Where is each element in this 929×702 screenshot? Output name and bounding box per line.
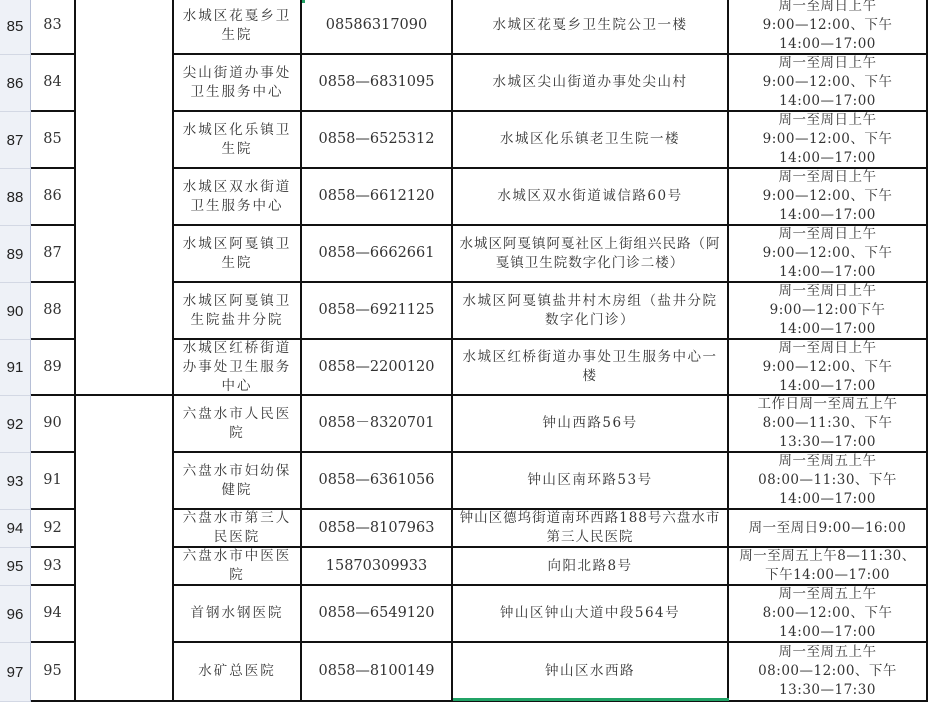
seq-cell[interactable]: 84 [31, 55, 76, 112]
hours-cell[interactable]: 周一至周日上午 9:00—12:00、下午 14:00—17:00 [729, 169, 928, 226]
hours-cell[interactable]: 工作日周一至周五上午 8:00—11:30、下午 13:30—17:00 [729, 396, 928, 453]
hours-cell[interactable]: 周一至周日上午 9:00—12:00、下午 14:00—17:00 [729, 226, 928, 283]
address-cell[interactable]: 水城区化乐镇老卫生院一楼 [453, 112, 729, 169]
phone-cell[interactable]: 0858—6612120 [302, 169, 453, 226]
seq-cell[interactable]: 93 [31, 548, 76, 586]
phone-cell[interactable]: 0858—8100149 [302, 643, 453, 702]
row-header[interactable]: 97 [0, 643, 31, 702]
address-cell[interactable]: 钟山区南环路53号 [453, 453, 729, 510]
row-header[interactable]: 87 [0, 112, 31, 169]
phone-cell[interactable]: 0858—2200120 [302, 340, 453, 396]
phone-cell[interactable]: 0858—6662661 [302, 226, 453, 283]
seq-cell[interactable]: 94 [31, 586, 76, 643]
row-header[interactable]: 90 [0, 283, 31, 340]
institution-name-cell[interactable]: 六盘水市中医医院 [174, 548, 302, 586]
seq-cell[interactable]: 95 [31, 643, 76, 702]
row-header[interactable]: 86 [0, 55, 31, 112]
row-header[interactable]: 88 [0, 169, 31, 226]
phone-cell[interactable]: 0858—8107963 [302, 510, 453, 548]
institution-name-cell[interactable]: 水矿总医院 [174, 643, 302, 702]
phone-cell[interactable]: 0858—6361056 [302, 453, 453, 510]
address-cell[interactable]: 钟山区德坞街道南环西路188号六盘水市第三人民医院 [453, 510, 729, 548]
institution-name-cell[interactable]: 水城区红桥街道办事处卫生服务中心 [174, 340, 302, 396]
hours-cell[interactable]: 周一至周日上午 9:00—12:00、下午 14:00—17:00 [729, 55, 928, 112]
institution-name-cell[interactable]: 首钢水钢医院 [174, 586, 302, 643]
phone-cell[interactable]: 0858—6549120 [302, 586, 453, 643]
seq-cell[interactable]: 91 [31, 453, 76, 510]
table-row: 96 94 首钢水钢医院 0858—6549120 钟山区钟山大道中段564号 … [0, 586, 929, 643]
address-cell[interactable]: 钟山区钟山大道中段564号 [453, 586, 729, 643]
seq-cell[interactable]: 90 [31, 396, 76, 453]
seq-cell[interactable]: 89 [31, 340, 76, 396]
institution-name-cell[interactable]: 水城区双水街道卫生服务中心 [174, 169, 302, 226]
table-row: 88 86 水城区双水街道卫生服务中心 0858—6612120 水城区双水街道… [0, 169, 929, 226]
seq-cell[interactable]: 86 [31, 169, 76, 226]
phone-cell[interactable]: 0858－8320701 [302, 396, 453, 453]
institution-name-cell[interactable]: 水城区化乐镇卫生院 [174, 112, 302, 169]
seq-cell[interactable]: 92 [31, 510, 76, 548]
row-header[interactable]: 89 [0, 226, 31, 283]
fill-handle-marker [302, 0, 305, 3]
row-header[interactable]: 95 [0, 548, 31, 586]
row-header[interactable]: 96 [0, 586, 31, 643]
institution-name-cell[interactable]: 六盘水市妇幼保健院 [174, 453, 302, 510]
row-header[interactable]: 91 [0, 340, 31, 396]
table-row: 89 87 水城区阿戛镇卫生院 0858—6662661 水城区阿戛镇阿戛社区上… [0, 226, 929, 283]
hours-cell[interactable]: 周一至周日9:00—16:00 [729, 510, 928, 548]
selected-cell-indicator [453, 698, 729, 701]
table-row: 95 93 六盘水市中医医院 15870309933 向阳北路8号 周一至周五上… [0, 548, 929, 586]
table-row: 93 91 六盘水市妇幼保健院 0858—6361056 钟山区南环路53号 周… [0, 453, 929, 510]
address-cell[interactable]: 水城区花戛乡卫生院公卫一楼 [453, 0, 729, 55]
table-row: 85 83 水城区花戛乡卫生院 08586317090 水城区花戛乡卫生院公卫一… [0, 0, 929, 55]
hours-cell[interactable]: 周一至周五上午 8:00—12:00、下午 14:00—17:00 [729, 586, 928, 643]
hours-cell[interactable]: 周一至周五上午8—11:30、 下午14:00—17:00 [729, 548, 928, 586]
table-row: 91 89 水城区红桥街道办事处卫生服务中心 0858—2200120 水城区红… [0, 340, 929, 396]
address-cell[interactable]: 水城区阿戛镇盐井村木房组（盐井分院数字化门诊） [453, 283, 729, 340]
hours-cell[interactable]: 周一至周五上午 08:00—12:00、下午 13:30—17:30 [729, 643, 928, 702]
seq-cell[interactable]: 87 [31, 226, 76, 283]
table-row: 90 88 水城区阿戛镇卫生院盐井分院 0858—6921125 水城区阿戛镇盐… [0, 283, 929, 340]
hours-cell[interactable]: 周一至周日上午 9:00—12:00下午 14:00—17:00 [729, 283, 928, 340]
address-cell[interactable]: 钟山西路56号 [453, 396, 729, 453]
table-row: 97 95 水矿总医院 0858—8100149 钟山区水西路 周一至周五上午 … [0, 643, 929, 702]
address-cell[interactable]: 水城区阿戛镇阿戛社区上街组兴民路（阿戛镇卫生院数字化门诊二楼） [453, 226, 729, 283]
hours-cell[interactable]: 周一至周五上午 08:00—11:30、下午 14:00—17:00 [729, 453, 928, 510]
seq-cell[interactable]: 88 [31, 283, 76, 340]
row-header[interactable]: 93 [0, 453, 31, 510]
row-header[interactable]: 92 [0, 396, 31, 453]
phone-cell[interactable]: 0858—6921125 [302, 283, 453, 340]
row-header[interactable]: 94 [0, 510, 31, 548]
address-cell[interactable]: 水城区红桥街道办事处卫生服务中心一楼 [453, 340, 729, 396]
institution-name-cell[interactable]: 水城区花戛乡卫生院 [174, 0, 302, 55]
address-cell[interactable]: 水城区双水街道诚信路60号 [453, 169, 729, 226]
row-header[interactable]: 85 [0, 0, 31, 55]
table-row: 87 85 水城区化乐镇卫生院 0858—6525312 水城区化乐镇老卫生院一… [0, 112, 929, 169]
table-row: 94 92 六盘水市第三人民医院 0858—8107963 钟山区德坞街道南环西… [0, 510, 929, 548]
hours-cell[interactable]: 周一至周日上午 9:00—12:00、下午 14:00—17:00 [729, 112, 928, 169]
address-cell[interactable]: 水城区尖山街道办事处尖山村 [453, 55, 729, 112]
table-row: 86 84 尖山街道办事处卫生服务中心 0858—6831095 水城区尖山街道… [0, 55, 929, 112]
hours-cell[interactable]: 周一至周日上午 9:00—12:00、下午 14:00—17:00 [729, 340, 928, 396]
institution-name-cell[interactable]: 尖山街道办事处卫生服务中心 [174, 55, 302, 112]
institution-name-cell[interactable]: 水城区阿戛镇卫生院盐井分院 [174, 283, 302, 340]
address-cell[interactable]: 向阳北路8号 [453, 548, 729, 586]
institution-name-cell[interactable]: 六盘水市第三人民医院 [174, 510, 302, 548]
institution-name-cell[interactable]: 水城区阿戛镇卫生院 [174, 226, 302, 283]
phone-cell[interactable]: 08586317090 [302, 0, 453, 55]
seq-cell[interactable]: 85 [31, 112, 76, 169]
hours-cell[interactable]: 周一至周日上午 9:00—12:00、下午 14:00—17:00 [729, 0, 928, 55]
institution-name-cell[interactable]: 六盘水市人民医院 [174, 396, 302, 453]
seq-cell[interactable]: 83 [31, 0, 76, 55]
phone-cell[interactable]: 0858—6525312 [302, 112, 453, 169]
address-cell[interactable]: 钟山区水西路 [453, 643, 729, 702]
phone-cell[interactable]: 15870309933 [302, 548, 453, 586]
phone-cell[interactable]: 0858—6831095 [302, 55, 453, 112]
table-row: 92 90 六盘水市人民医院 0858－8320701 钟山西路56号 工作日周… [0, 396, 929, 453]
